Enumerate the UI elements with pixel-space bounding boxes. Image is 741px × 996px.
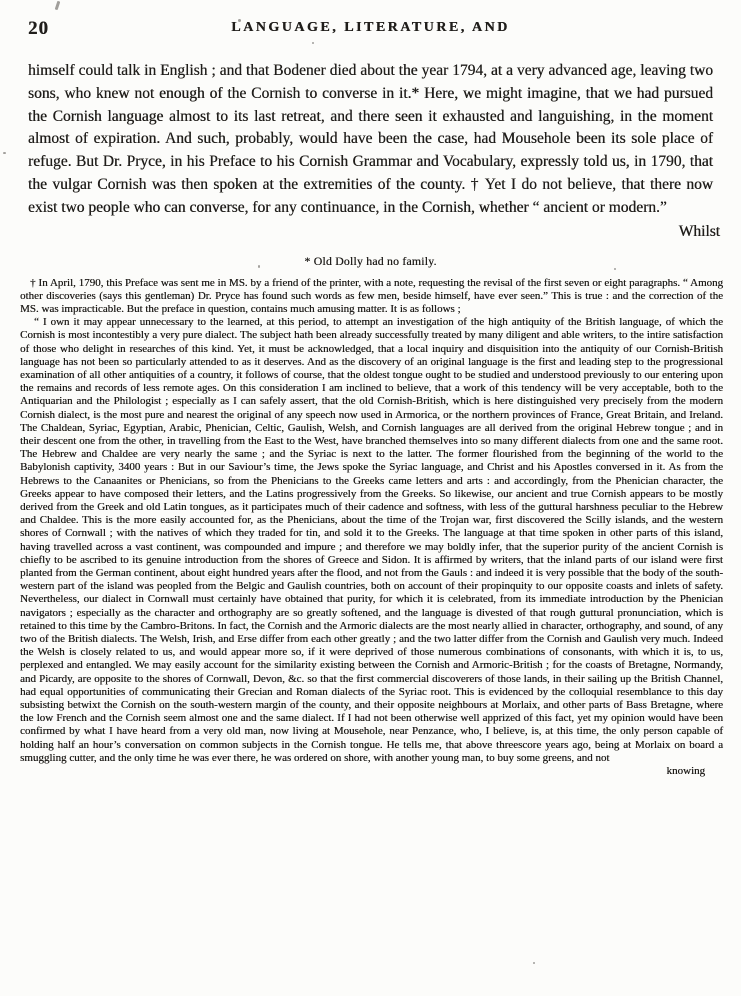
body-paragraph: himself could talk in English ; and that… <box>28 60 713 220</box>
scan-speck <box>533 962 535 964</box>
scan-speck <box>3 152 6 154</box>
footnote-quoted-preface: “ I own it may appear unnecessary to the… <box>20 316 723 765</box>
page-header: 20 LANGUAGE, LITERATURE, AND <box>0 14 741 44</box>
scan-speck <box>312 42 314 44</box>
footnote-dagger: † In April, 1790, this Preface was sent … <box>20 277 723 317</box>
page-number: 20 <box>28 18 49 40</box>
book-page: 20 LANGUAGE, LITERATURE, AND himself cou… <box>0 0 741 996</box>
catchword-whilst: Whilst <box>0 221 720 243</box>
scan-speck <box>258 265 260 268</box>
scan-speck <box>238 19 241 22</box>
scan-speck <box>55 1 61 10</box>
footnote-asterisk: * Old Dolly had no family. <box>0 254 741 269</box>
scan-speck <box>614 268 616 270</box>
running-header: LANGUAGE, LITERATURE, AND <box>0 14 741 36</box>
catchword-knowing: knowing <box>0 765 705 778</box>
